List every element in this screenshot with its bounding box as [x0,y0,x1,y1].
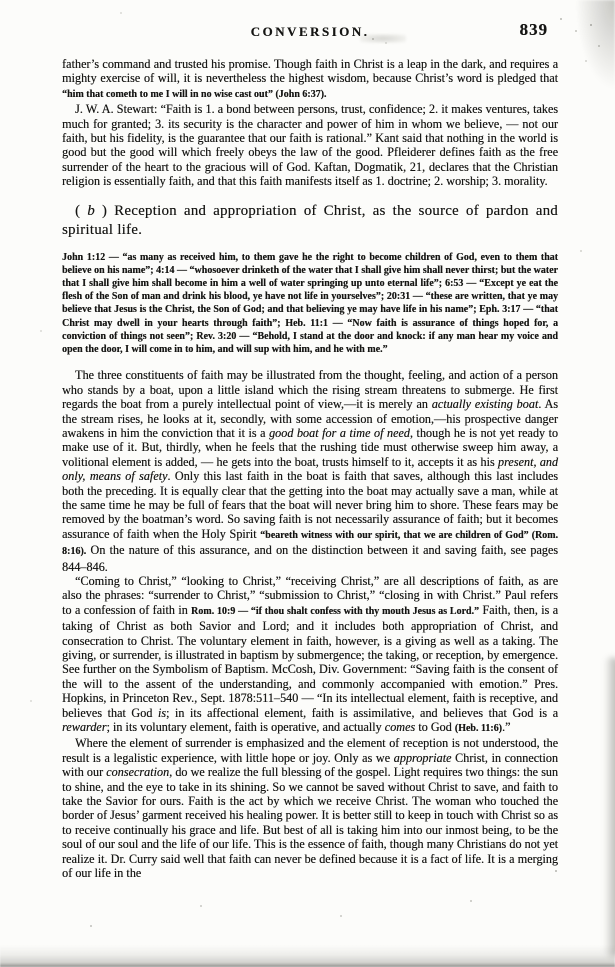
text-run: father’s command and trusted his promise… [62,57,558,85]
para-three-constituents: The three constituents of faith may be i… [62,368,558,574]
para-stewart: J. W. A. Stewart: “Faith is 1. a bond be… [62,102,558,188]
text-run: ) Reception and appropriation of Christ,… [62,203,558,239]
text-column: father’s command and trusted his promise… [62,57,558,881]
text-run: b [87,203,95,219]
text-run: to God [415,720,455,734]
text-run: ( [75,203,87,219]
text-run: John 1:12 — “as many as received him, to… [62,252,558,355]
scan-smudge-near-title [360,34,406,43]
text-run: Faith, then, is a taking of Christ as bo… [62,603,558,720]
scan-noise-top-right [575,0,615,90]
text-run: .” [502,720,510,734]
para-surrender-reception: Where the element of surrender is emphas… [62,736,558,880]
scan-speckles [0,0,2,2]
scanned-book-page: CONVERSION. 839 father’s command and tru… [0,0,615,967]
text-run: (Heb. 11:6) [455,723,502,734]
page-header: CONVERSION. 839 [62,24,558,46]
text-run: ; in its voluntary element, faith is ope… [106,720,384,734]
text-run: , do we realize the full blessing of the… [62,765,558,880]
text-run: ; in its affectional element, faith is a… [166,706,558,720]
text-run: good boat for a time of need [269,426,410,440]
scan-noise-right-edge [604,657,615,957]
text-run: “him that cometh to me I will in no wise… [62,89,326,100]
text-run: On the nature of this assurance, and on … [62,543,558,573]
section-heading: ( b ) Reception and appropriation of Chr… [62,202,558,241]
text-run: appropriate [394,751,452,765]
page-number: 839 [520,20,549,40]
text-run: J. W. A. Stewart: “Faith is 1. a bond be… [62,102,558,188]
running-title: CONVERSION. [62,24,558,40]
para-continuation: father’s command and trusted his promise… [62,57,558,102]
text-run: rewarder [62,720,106,734]
text-run: is [158,706,166,720]
text-run: comes [385,720,415,734]
text-run: actually existing boat [432,397,539,411]
scripture-block: John 1:12 — “as many as received him, to… [62,251,558,357]
text-run: Rom. 10:9 — “if thou shalt confess with … [191,606,479,617]
para-coming-to-christ: “Coming to Christ,” “looking to Christ,”… [62,574,558,736]
scan-noise-bottom-edge [0,945,615,967]
text-run: consecration [106,765,169,779]
